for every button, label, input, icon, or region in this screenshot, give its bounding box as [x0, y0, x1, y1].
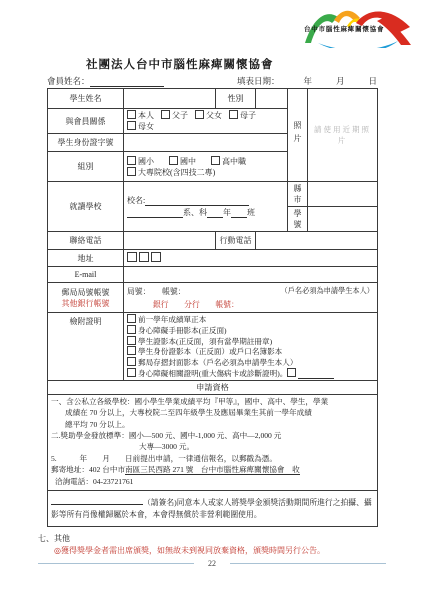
eligibility-line: 一、含公私立各級學校：國小學生學業成績平均『甲等』，國中、高中、學生，學業 [51, 396, 374, 407]
checkbox-icon[interactable] [161, 110, 170, 119]
signature-block: （請簽名)同意本人或家人將獎學金頒獎活動期間所進行之拍攝、攝影等所有肖像權歸屬於… [48, 490, 378, 526]
table-row: 學生姓名 性別 照片 請使用近期照片 [48, 89, 378, 109]
checkbox-icon[interactable] [127, 368, 136, 377]
table-row: 郵局局號帳號 其他銀行帳號 局號： 帳號： （戶名必須為申請學生本人） 銀行 分… [48, 283, 378, 313]
document-item[interactable]: 前一學年成績單正本 [127, 314, 374, 325]
document-item[interactable]: 身心障礙手冊影本(正反面) [127, 325, 374, 336]
table-row: E-mail [48, 267, 378, 283]
student-name-field[interactable] [124, 89, 216, 109]
photo-label: 照片 [292, 121, 303, 147]
application-form-table: 學生姓名 性別 照片 請使用近期照片 與會員關係 本人 父子 父女 母子 母女 … [47, 88, 378, 527]
table-row: 就讀學校 校名: 系、科年班 縣市 [48, 182, 378, 207]
document-item[interactable]: 郵局存摺封面影本（戶名必須為申請學生本人） [127, 357, 374, 368]
email-field[interactable] [124, 267, 378, 283]
member-date-row: 會員姓名： 填表日期： 年 月 日 [47, 75, 377, 87]
checkbox-icon[interactable] [127, 121, 136, 130]
phone-field[interactable] [124, 232, 216, 250]
group-label: 組別 [48, 152, 124, 182]
group-option-senior[interactable]: 高中職 [211, 157, 246, 166]
dept-blank[interactable] [127, 208, 183, 218]
eligibility-line: 5. 年 月 日前提出申請，一律通信報名，以郵戳為憑。 [51, 453, 374, 464]
dept-label: 系、科 [183, 208, 207, 217]
photo-label-cell: 照片 [288, 89, 308, 182]
table-row: 地址 [48, 250, 378, 267]
relation-option-mother-son[interactable]: 母子 [229, 111, 256, 120]
checkbox-icon[interactable] [127, 357, 136, 366]
relation-option-father-son[interactable]: 父子 [161, 111, 188, 120]
table-row: （請簽名)同意本人或家人將獎學金頒獎活動期間所進行之拍攝、攝影等所有肖像權歸屬於… [48, 490, 378, 526]
year-label: 年 [303, 75, 312, 87]
eligibility-line: 二.獎助學金發放標準：國小—500 元、國中-1,000 元、高中—2,000 … [51, 430, 374, 441]
group-option-junior[interactable]: 國中 [169, 157, 196, 166]
checkbox-icon[interactable] [127, 167, 136, 176]
eligibility-line: 總平均 70 分以上。 [51, 419, 374, 430]
document-item[interactable]: 學生身份證影本（正反面）或戶口名簿影本 [127, 346, 374, 357]
documents-label: 檢附證明 [48, 313, 124, 381]
document-item[interactable]: 學生證影本(正反面，須有當學期註冊章) [127, 336, 374, 347]
postal-account-label: 郵局局號帳號 [51, 287, 120, 298]
signature-blank[interactable] [51, 495, 143, 505]
student-name-label: 學生姓名 [48, 89, 124, 109]
school-year-label: 年 [223, 208, 231, 217]
month-label: 月 [336, 75, 345, 87]
account-field[interactable]: 局號： 帳號： （戶名必須為申請學生本人） 銀行 分行 帳號： [124, 283, 378, 313]
postal-code-box-icon[interactable] [151, 252, 161, 262]
photo-hint: 請使用近期照片 [314, 125, 371, 145]
checkbox-icon[interactable] [127, 314, 136, 323]
school-name-label: 校名: [127, 196, 145, 205]
page-footer: 22 [38, 559, 386, 568]
eligibility-line: 大專—3000 元。 [51, 441, 374, 452]
document-other-blank[interactable] [298, 369, 334, 379]
fill-date-label: 填表日期： [237, 75, 280, 87]
table-row: 申請資格 [48, 380, 378, 394]
footer-divider [230, 563, 386, 564]
relation-option-mother-daughter[interactable]: 母女 [127, 122, 154, 131]
association-logo-icon: 台中市腦性麻痺關懷協會 [298, 4, 416, 48]
county-field[interactable] [308, 182, 378, 207]
member-name-label: 會員姓名： [47, 75, 90, 87]
postal-code-box-icon[interactable] [127, 252, 137, 262]
checkbox-icon[interactable] [127, 325, 136, 334]
county-label: 縣市 [288, 182, 308, 207]
page-number: 22 [208, 559, 216, 568]
others-section: 七、其他 ◎獲得獎學金者需出席頒獎，如無故未到視同放棄資格，頒獎時間另行公告。 [38, 533, 424, 557]
table-row: 聯絡電話 行動電話 [48, 232, 378, 250]
postal-line: 局號： 帳號： [127, 285, 185, 298]
account-note: （戶名必須為申請學生本人） [281, 285, 374, 298]
mobile-field[interactable] [256, 232, 378, 250]
table-row: 一、含公私立各級學校：國小學生學業成績平均『甲等』，國中、高中、學生，學業 成績… [48, 394, 378, 490]
phone-label: 聯絡電話 [48, 232, 124, 250]
scanned-form-page: 台中市腦性麻痺關懷協會 社團法人台中市腦性麻痺關懷協會 會員姓名： 填表日期： … [0, 0, 424, 600]
school-name-blank[interactable] [145, 196, 249, 206]
checkbox-icon[interactable] [169, 156, 178, 165]
contact-phone-line: 洽詢電話：04-23721761 [51, 476, 374, 487]
group-options: 國小 國中 高中職 大專院校(含四技二專) [124, 152, 288, 182]
student-id-field[interactable] [124, 134, 288, 152]
year-blank[interactable] [207, 208, 223, 218]
address-field[interactable] [124, 250, 378, 267]
postal-code-box-icon[interactable] [139, 252, 149, 262]
relation-option-father-daughter[interactable]: 父女 [195, 111, 222, 120]
relation-option-self[interactable]: 本人 [127, 111, 154, 120]
table-row: 檢附證明 前一學年成績單正本 身心障礙手冊影本(正反面) 學生證影本(正反面，須… [48, 313, 378, 381]
relation-label: 與會員關係 [48, 109, 124, 134]
class-blank[interactable] [231, 208, 247, 218]
checkbox-icon[interactable] [127, 346, 136, 355]
page-title: 社團法人台中市腦性麻痺關懷協會 [86, 56, 424, 72]
gender-label: 性別 [216, 89, 256, 109]
member-name-blank[interactable] [90, 77, 164, 87]
email-label: E-mail [48, 267, 124, 283]
checkbox-icon[interactable] [127, 110, 136, 119]
checkbox-icon[interactable] [211, 156, 220, 165]
school-label: 就讀學校 [48, 182, 124, 232]
account-labels: 郵局局號帳號 其他銀行帳號 [48, 283, 124, 313]
group-option-college[interactable]: 大專院校(含四技二專) [127, 168, 215, 177]
checkbox-icon[interactable] [195, 110, 204, 119]
logo-text: 台中市腦性麻痺關懷協會 [304, 24, 384, 33]
student-no-label: 學號 [288, 207, 308, 232]
day-label: 日 [368, 75, 377, 87]
group-option-elementary[interactable]: 國小 [127, 157, 154, 166]
others-note: ◎獲得獎學金者需出席頒獎，如無故未到視同放棄資格，頒獎時間另行公告。 [54, 545, 424, 557]
student-id-label: 學生身份證字號 [48, 134, 124, 152]
footer-divider [38, 563, 194, 564]
checkbox-icon[interactable] [127, 336, 136, 345]
checkbox-icon[interactable] [287, 368, 296, 377]
bank-line: 銀行 分行 帳號： [127, 298, 374, 311]
relation-options: 本人 父子 父女 母子 母女 [124, 109, 288, 134]
other-bank-label: 其他銀行帳號 [51, 298, 120, 309]
checkbox-icon[interactable] [127, 156, 136, 165]
document-item[interactable]: 身心障礙相關證明(重大傷病卡或診斷證明)。 [127, 368, 374, 379]
logo-swoosh-blue [318, 41, 398, 48]
eligibility-title: 申請資格 [48, 380, 378, 394]
eligibility-body: 一、含公私立各級學校：國小學生學業成績平均『甲等』，國中、高中、學生，學業 成績… [48, 394, 378, 490]
gender-field[interactable] [256, 89, 288, 109]
eligibility-line: 成績在 70 分以上，大專校院二至四年級學生及應屆畢業生其前一學年成績 [51, 407, 374, 418]
mobile-label: 行動電話 [216, 232, 256, 250]
school-class-label: 班 [247, 208, 255, 217]
student-no-field[interactable] [308, 207, 378, 232]
photo-box[interactable]: 請使用近期照片 [308, 89, 378, 182]
checkbox-icon[interactable] [229, 110, 238, 119]
others-heading: 七、其他 [38, 533, 424, 545]
documents-list: 前一學年成績單正本 身心障礙手冊影本(正反面) 學生證影本(正反面，須有當學期註… [124, 313, 378, 381]
mailing-address-line: 郵寄地址：402 台中市南區三民西路 271 號 台中市腦性麻痺關懷協會 收 [51, 464, 374, 475]
school-field[interactable]: 校名: 系、科年班 [124, 182, 288, 232]
address-label: 地址 [48, 250, 124, 267]
